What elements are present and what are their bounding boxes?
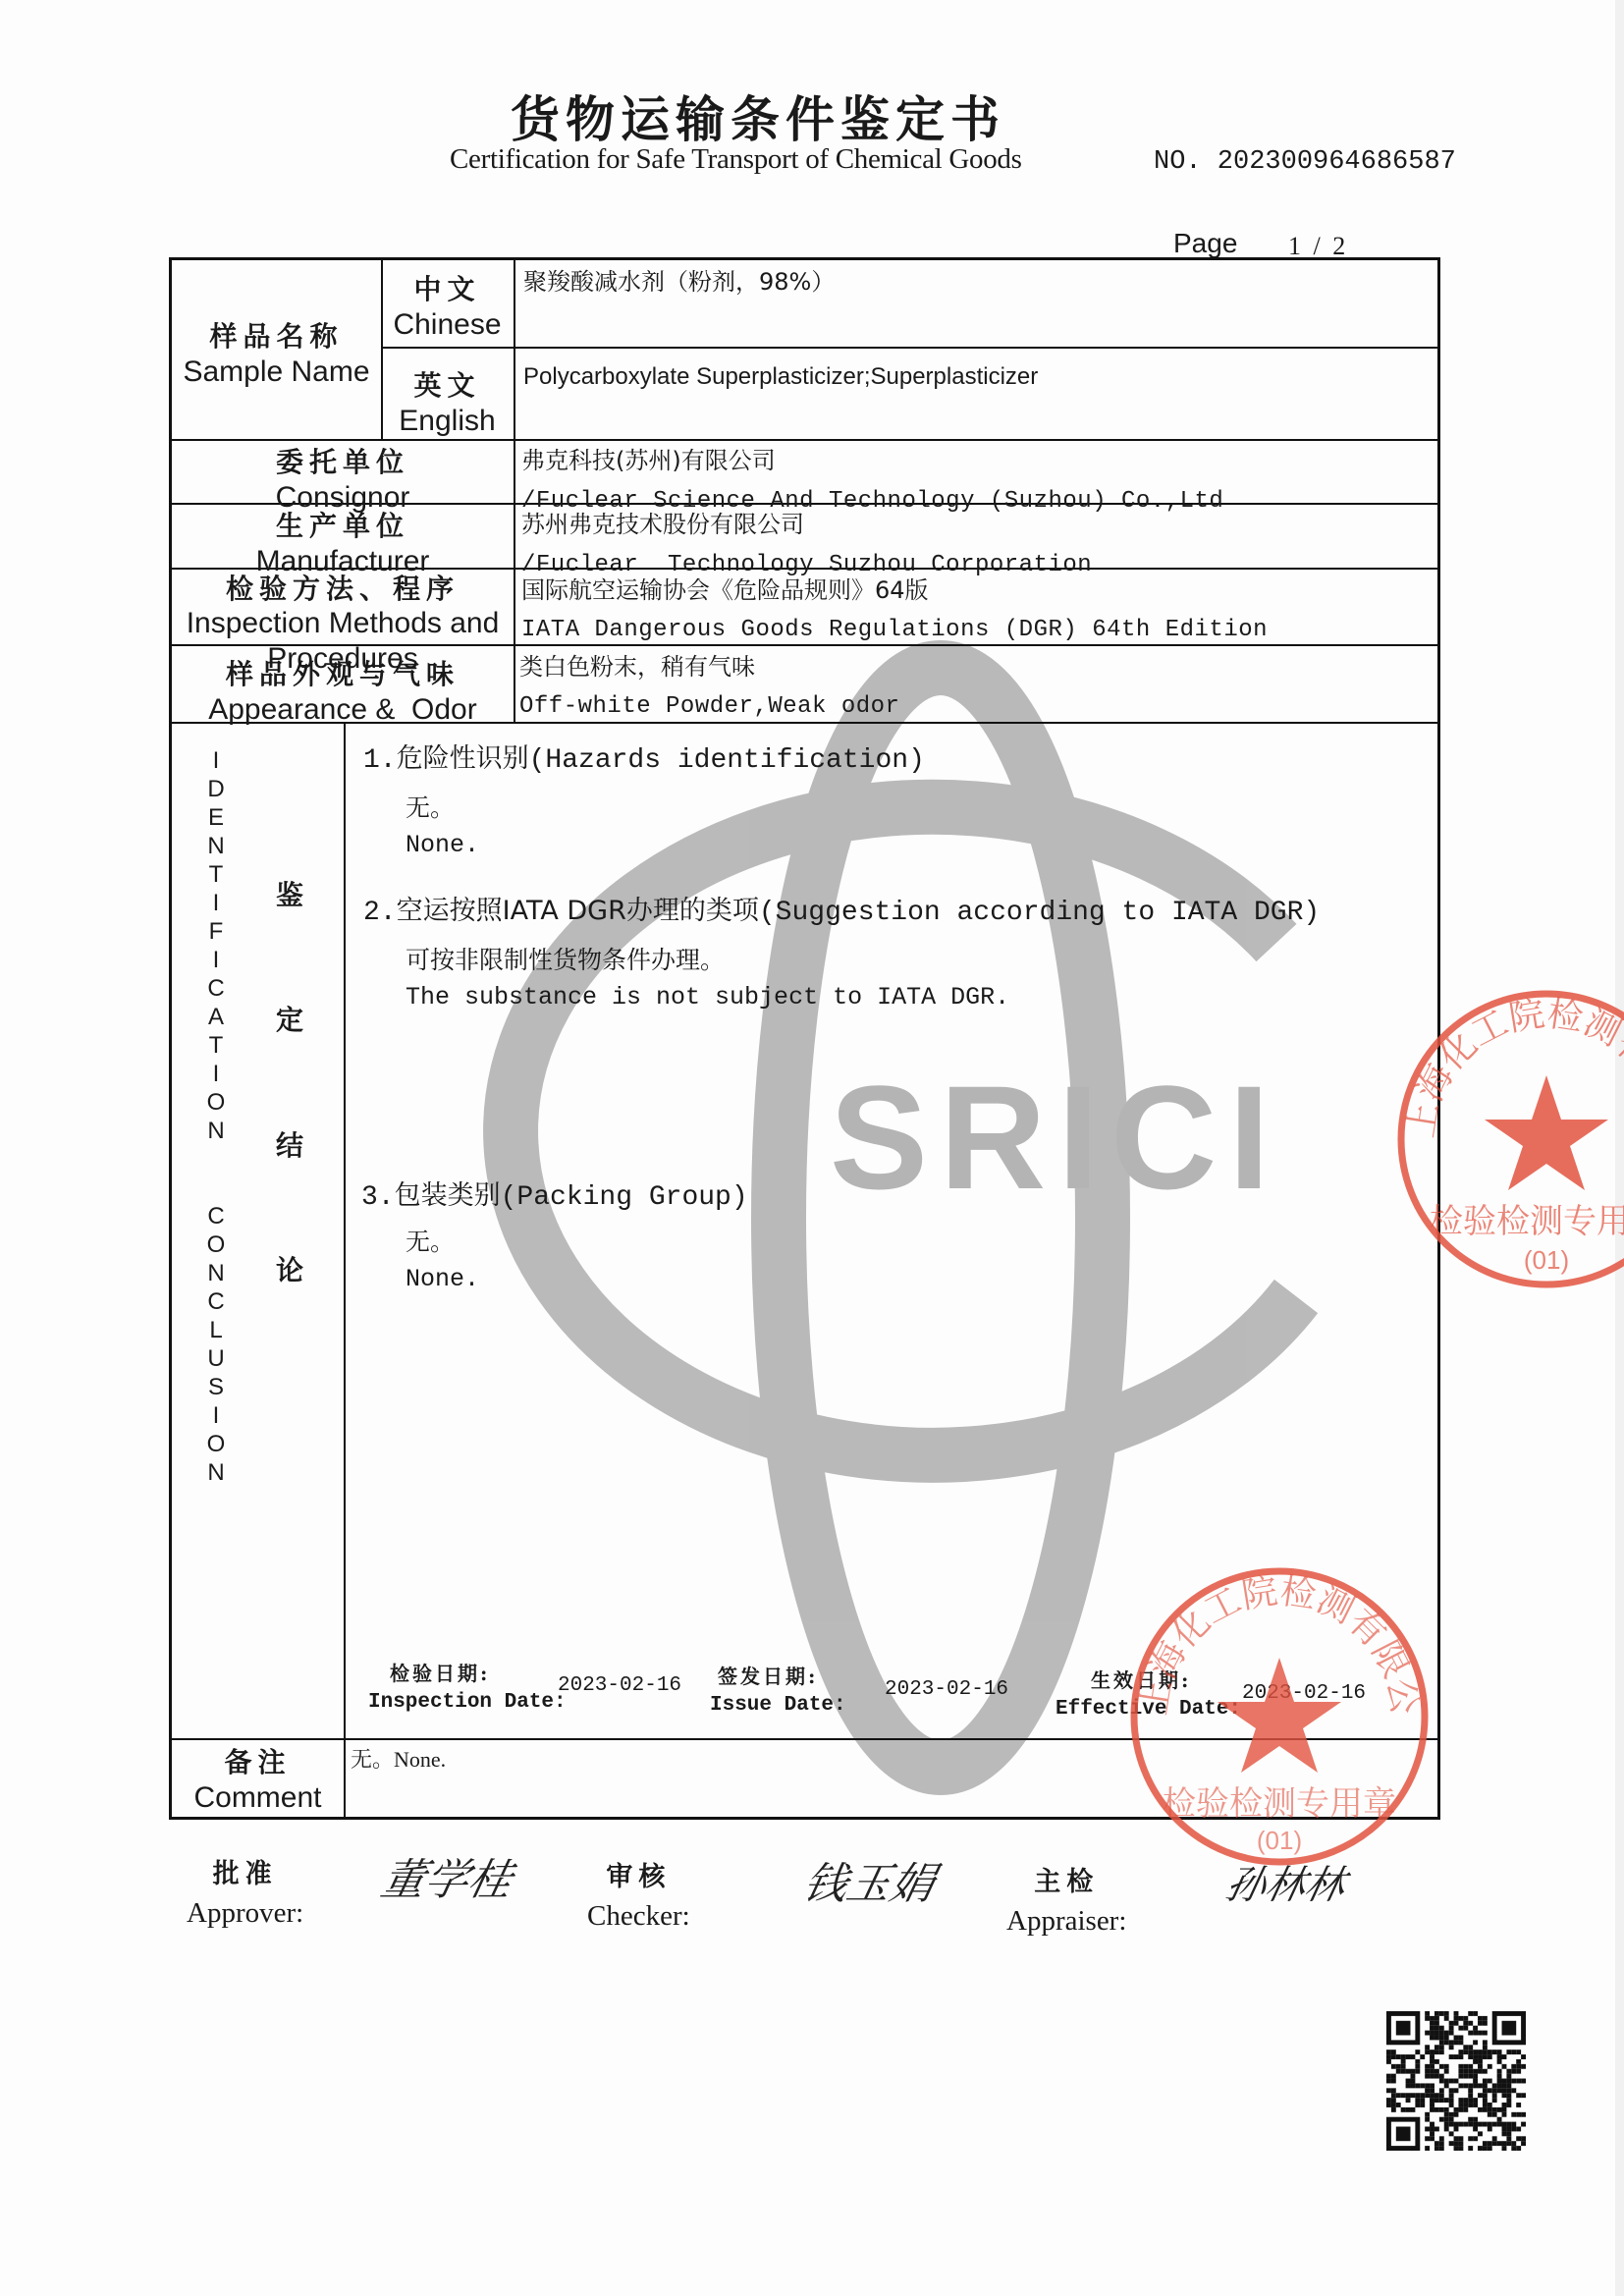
page-label: Page (1173, 228, 1237, 259)
svg-text:(01): (01) (1257, 1826, 1302, 1855)
appraiser-label: 主检Appraiser: (1006, 1864, 1126, 1941)
svg-text:检验检测专用章: 检验检测专用章 (1430, 1202, 1624, 1241)
sample-name-chinese-value: 聚羧酸减水剂（粉剂，98%） (523, 264, 835, 301)
checker-signature: 钱玉娟 (798, 1848, 942, 1911)
checker-label: 审核Checker: (587, 1859, 690, 1936)
comment-label: 备注Comment (172, 1745, 344, 1817)
appraiser-signature: 孙林林 (1221, 1854, 1351, 1910)
conclusion-cn-char-1: 鉴 (270, 874, 309, 913)
chinese-label: 中文Chinese (381, 272, 514, 344)
certificate-number: NO. 202300964686587 (1154, 147, 1456, 177)
identification-conclusion-vertical-label: IDENTIFICATIONCONCLUSION (201, 746, 231, 1487)
sample-name-english-value: Polycarboxylate Superplasticizer;Superpl… (523, 358, 1038, 396)
section-packing-group-title: 3.包装类别(Packing Group) (361, 1174, 748, 1213)
svg-text:(01): (01) (1524, 1245, 1569, 1275)
approver-label: 批准Approver: (187, 1856, 303, 1933)
approver-signature: 董学桂 (376, 1844, 519, 1907)
document-title-cn: 货物运输条件鉴定书 (0, 81, 1624, 151)
section-iata-suggestion-body: 可按非限制性货物条件办理。The substance is not subjec… (406, 943, 1009, 1016)
conclusion-cn-char-4: 论 (270, 1249, 309, 1288)
conclusion-cn-char-3: 结 (270, 1124, 309, 1164)
qr-code-icon[interactable] (1386, 2011, 1526, 2151)
section-hazards-title: 1.危险性识别(Hazards identification) (363, 737, 925, 776)
page-edge (1615, 0, 1624, 2296)
issue-date-value: 2023-02-16 (885, 1678, 1008, 1701)
certificate-table: 样品名称Sample Name 中文Chinese 聚羧酸减水剂（粉剂，98%）… (169, 257, 1440, 1820)
appearance-label: 样品外观与气味Appearance & Odor (172, 657, 514, 729)
comment-value: 无。None. (351, 1743, 446, 1776)
inspection-date-value: 2023-02-16 (558, 1674, 681, 1697)
conclusion-cn-char-2: 定 (270, 999, 309, 1038)
issue-date-label: 签发日期:Issue Date: (710, 1663, 846, 1721)
section-packing-group-body: 无。None. (406, 1225, 479, 1298)
sample-name-label: 样品名称Sample Name (172, 319, 381, 391)
document-title-en: Certification for Safe Transport of Chem… (450, 143, 1022, 176)
appearance-value: 类白色粉末，稍有气味Off-white Powder,Weak odor (519, 649, 899, 725)
inspection-date-label: 检验日期:Inspection Date: (368, 1660, 567, 1718)
effective-date-label: 生效日期:Effective Date: (1056, 1667, 1241, 1724)
effective-date-value: 2023-02-16 (1242, 1682, 1366, 1705)
consignor-label: 委托单位Consignor (172, 445, 514, 517)
manufacturer-label: 生产单位Manufacturer (172, 509, 514, 580)
section-iata-suggestion-title: 2.空运按照IATA DGR办理的类项(Suggestion according… (363, 889, 1320, 928)
section-hazards-body: 无。None. (406, 791, 479, 864)
inspection-methods-value: 国际航空运输协会《危险品规则》64版IATA Dangerous Goods R… (521, 573, 1268, 648)
english-label: 英文English (381, 368, 514, 440)
